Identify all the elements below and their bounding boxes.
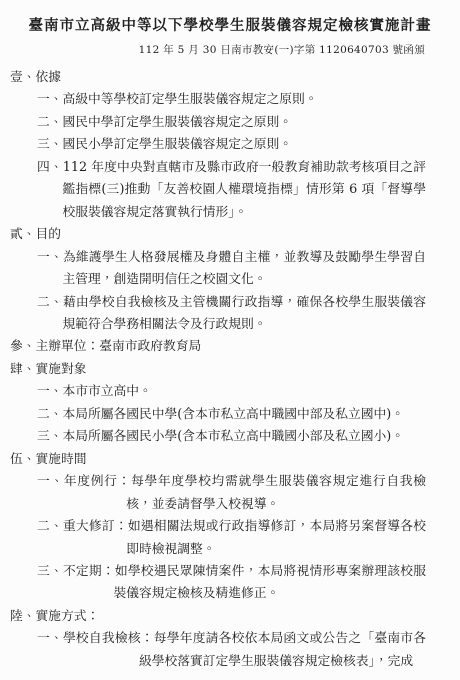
item-text: 112 年度中央對直轄市及縣市政府一般教育補助款考核項目之評鑑指標(三)推動「友… [63, 160, 427, 220]
list-item: 三、不定期：如學校遇民眾陳情案件，本局將視情形專案辦理該校服裝儀容規定檢核及精進… [37, 561, 426, 606]
document-page: 臺南市立高級中等以下學校學生服裝儀容規定檢核實施計畫 112 年 5 月 30 … [0, 0, 460, 680]
item-text: 每學年度學校均需就學生服裝儀容規定進行自我檢核，並委請督學入校視導。 [126, 474, 426, 511]
item-number: 一、 [37, 631, 63, 646]
list-item: 一、為維護學生人格發展權及身體自主權，並教導及鼓勵學生學習自主管理，創造開明信任… [37, 247, 426, 292]
list-item: 三、國民小學訂定學生服裝儀容規定之原則。 [37, 134, 426, 156]
section-heading: 肆、實施對象 [10, 359, 426, 381]
item-text: 為維護學生人格發展權及身體自主權，並教導及鼓勵學生學習自主管理，創造開明信任之校… [63, 250, 427, 287]
item-number: 一、 [37, 250, 63, 265]
list-item: 二、重大修訂：如遇相關法規或行政指導修訂，本局將另案督導各校即時檢視調整。 [37, 516, 426, 561]
item-number: 三、 [37, 137, 63, 152]
item-label: 年度例行： [64, 474, 131, 489]
item-number: 一、 [37, 384, 63, 399]
list-item: 一、年度例行：每學年度學校均需就學生服裝儀容規定進行自我檢核，並委請督學入校視導… [37, 471, 426, 516]
item-text: 國民小學訂定學生服裝儀容規定之原則。 [63, 137, 293, 152]
item-number: 二、 [37, 115, 63, 130]
section-heading: 貳、目的 [10, 224, 426, 246]
list-item: 二、本局所屬各國民中學(含本市私立高中職國中部及私立國中)。 [37, 404, 426, 426]
item-text: 本局所屬各國民中學(含本市私立高中職國中部及私立國中)。 [63, 407, 404, 422]
document-body: 壹、依據 一、高級中等學校訂定學生服裝儀容規定之原則。 二、國民中學訂定學生服裝… [10, 67, 426, 673]
item-text: 本市市立高中。 [63, 384, 152, 399]
section-method: 陸、實施方式： 一、學校自我檢核：每學年度請各校依本局函文或公告之「臺南市各級學… [10, 606, 426, 673]
section-basis: 壹、依據 一、高級中等學校訂定學生服裝儀容規定之原則。 二、國民中學訂定學生服裝… [10, 67, 426, 224]
item-number: 三、 [37, 564, 63, 579]
section-targets: 肆、實施對象 一、本市市立高中。 二、本局所屬各國民中學(含本市私立高中職國中部… [10, 359, 426, 449]
list-item: 四、112 年度中央對直轄市及縣市政府一般教育補助款考核項目之評鑑指標(三)推動… [37, 157, 426, 224]
item-number: 一、 [37, 92, 63, 107]
item-number: 二、 [37, 295, 63, 310]
list-item: 一、高級中等學校訂定學生服裝儀容規定之原則。 [37, 89, 426, 111]
item-number: 四、 [37, 160, 63, 175]
list-item: 三、本局所屬各國民小學(含本市私立高中職國小部及私立國小)。 [37, 426, 426, 448]
document-title: 臺南市立高級中等以下學校學生服裝儀容規定檢核實施計畫 [0, 15, 460, 36]
item-number: 三、 [37, 429, 63, 444]
item-label: 不定期： [63, 564, 115, 579]
list-item: 一、學校自我檢核：每學年度請各校依本局函文或公告之「臺南市各級學校落實訂定學生服… [37, 628, 426, 673]
section-heading: 陸、實施方式： [10, 606, 426, 628]
list-item: 一、本市市立高中。 [37, 381, 426, 403]
section-organizer: 參、主辦單位：臺南市政府教育局 [10, 336, 426, 358]
section-purpose: 貳、目的 一、為維護學生人格發展權及身體自主權，並教導及鼓勵學生學習自主管理，創… [10, 224, 426, 336]
section-heading: 伍、實施時間 [10, 449, 426, 471]
item-number: 二、 [37, 519, 63, 534]
item-text: 國民中學訂定學生服裝儀容規定之原則。 [63, 115, 293, 130]
list-item: 二、國民中學訂定學生服裝儀容規定之原則。 [37, 112, 426, 134]
item-label: 學校自我檢核： [63, 631, 154, 646]
section-schedule: 伍、實施時間 一、年度例行：每學年度學校均需就學生服裝儀容規定進行自我檢核，並委… [10, 449, 426, 606]
item-text: 如遇相關法規或行政指導修訂，本局將另案督導各校即時檢視調整。 [126, 519, 426, 556]
item-text: 藉由學校自我檢核及主管機關行政指導，確保各校學生服裝儀容規範符合學務相關法令及行… [63, 295, 427, 332]
section-heading: 壹、依據 [10, 67, 426, 89]
item-number: 二、 [37, 407, 63, 422]
item-label: 重大修訂： [63, 519, 128, 534]
item-number: 一、 [37, 474, 64, 489]
section-heading: 參、主辦單位：臺南市政府教育局 [10, 336, 426, 358]
item-text: 本局所屬各國民小學(含本市私立高中職國小部及私立國小)。 [63, 429, 404, 444]
item-text: 高級中等學校訂定學生服裝儀容規定之原則。 [63, 92, 318, 107]
item-text: 每學年度請各校依本局函文或公告之「臺南市各級學校落實訂定學生服裝儀容規定檢核表」… [139, 631, 426, 668]
list-item: 二、藉由學校自我檢核及主管機關行政指導，確保各校學生服裝儀容規範符合學務相關法令… [37, 292, 426, 337]
item-text: 如學校遇民眾陳情案件，本局將視情形專案辦理該校服裝儀容規定檢核及精進修正。 [114, 564, 427, 601]
issue-number-line: 112 年 5 月 30 日南市教安(一)字第 1120640703 號函頒 [0, 43, 425, 58]
